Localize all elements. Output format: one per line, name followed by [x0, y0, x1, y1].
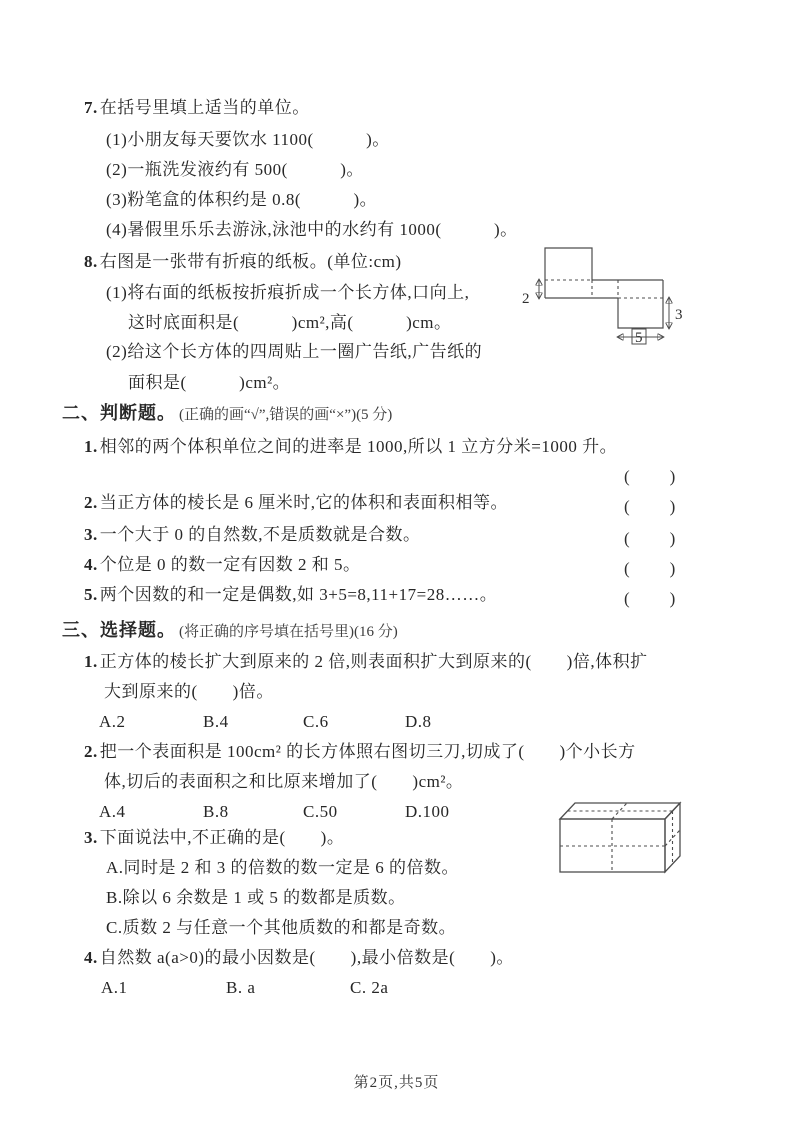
choice-q3-option-c: C.质数 2 与任意一个其他质数的和都是奇数。	[106, 917, 456, 939]
choice-q4-text: 4.自然数 a(a>0)的最小因数是( ),最小倍数是( )。	[84, 947, 514, 969]
q8-title: 8.右图是一张带有折痕的纸板。(单位:cm)	[84, 251, 402, 273]
judge-section-heading: 二、判断题。(正确的画“√”,错误的画“×”)(5 分)	[62, 402, 392, 426]
test-paper-page: 7.在括号里填上适当的单位。 (1)小朋友每天要饮水 1100( )。 (2)一…	[0, 0, 793, 1122]
judge-item-3: 3.一个大于 0 的自然数,不是质数就是合数。	[84, 524, 421, 546]
q8-line-1: (1)将右面的纸板按折痕折成一个长方体,口向上,	[106, 282, 469, 304]
q8-line-2: 这时底面积是( )cm²,高( )cm。	[128, 312, 452, 334]
choice-q1-line-1: 1.正方体的棱长扩大到原来的 2 倍,则表面积扩大到原来的( )倍,体积扩	[84, 651, 648, 673]
judge-item-2: 2.当正方体的棱长是 6 厘米时,它的体积和表面积相等。	[84, 492, 508, 514]
choice-q2-option-a: A.4	[99, 801, 126, 823]
judge-item-4: 4.个位是 0 的数一定有因数 2 和 5。	[84, 554, 361, 576]
choice-heading-note: (将正确的序号填在括号里)(16 分)	[179, 624, 398, 640]
net-dim-2-label: 2	[522, 291, 530, 307]
choice-q3-option-b: B.除以 6 余数是 1 或 5 的数都是质数。	[106, 887, 406, 909]
choice-q4-option-c: C. 2a	[350, 977, 388, 999]
net-dim-3-label: 3	[675, 307, 683, 323]
choice-q1-option-d: D.8	[405, 711, 432, 733]
judge-answer-bracket-3: ( )	[624, 524, 677, 549]
q7-item-1: (1)小朋友每天要饮水 1100( )。	[106, 129, 390, 151]
choice-q4-option-b: B. a	[226, 977, 255, 999]
choice-q3-option-a: A.同时是 2 和 3 的倍数的数一定是 6 的倍数。	[106, 857, 459, 879]
q8-number: 8.	[84, 252, 98, 271]
choice-section-heading: 三、选择题。(将正确的序号填在括号里)(16 分)	[62, 619, 398, 643]
q8-line-3: (2)给这个长方体的四周贴上一圈广告纸,广告纸的	[106, 341, 482, 363]
choice-q2-option-b: B.8	[203, 801, 229, 823]
judge-heading-note: (正确的画“√”,错误的画“×”)(5 分)	[179, 407, 392, 423]
choice-q2-option-c: C.50	[303, 801, 338, 823]
q7-item-2: (2)一瓶洗发液约有 500( )。	[106, 159, 364, 181]
judge-item-5: 5.两个因数的和一定是偶数,如 3+5=8,11+17=28……。	[84, 584, 497, 606]
page-footer: 第2页,共5页	[0, 1071, 793, 1092]
choice-q1-line-2: 大到原来的( )倍。	[104, 681, 274, 703]
choice-q1-option-c: C.6	[303, 711, 329, 733]
choice-q3-text: 3.下面说法中,不正确的是( )。	[84, 827, 344, 849]
choice-q2-line-2: 体,切后的表面积之和比原来增加了( )cm²。	[104, 771, 463, 793]
q8-line-4: 面积是( )cm²。	[128, 372, 290, 394]
judge-answer-bracket-2: ( )	[624, 492, 677, 517]
judge-answer-bracket-5: ( )	[624, 584, 677, 609]
box-net-diagram: 2 3 5	[505, 240, 710, 360]
q7-title: 7.在括号里填上适当的单位。	[84, 97, 310, 119]
net-dim-5-label: 5	[635, 330, 643, 346]
choice-q4-option-a: A.1	[101, 977, 128, 999]
judge-item-1: 1.相邻的两个体积单位之间的进率是 1000,所以 1 立方分米=1000 升。	[84, 436, 617, 458]
cuboid-cut-diagram	[552, 795, 702, 885]
choice-q2-line-1: 2.把一个表面积是 100cm² 的长方体照右图切三刀,切成了( )个小长方	[84, 741, 636, 763]
choice-q2-option-d: D.100	[405, 801, 450, 823]
q7-number: 7.	[84, 98, 98, 117]
q7-item-4: (4)暑假里乐乐去游泳,泳池中的水约有 1000( )。	[106, 219, 518, 241]
q7-item-3: (3)粉笔盒的体积约是 0.8( )。	[106, 189, 377, 211]
judge-answer-bracket-4: ( )	[624, 554, 677, 579]
choice-q1-option-a: A.2	[99, 711, 126, 733]
choice-q1-option-b: B.4	[203, 711, 229, 733]
judge-answer-bracket-1: ( )	[624, 462, 677, 487]
